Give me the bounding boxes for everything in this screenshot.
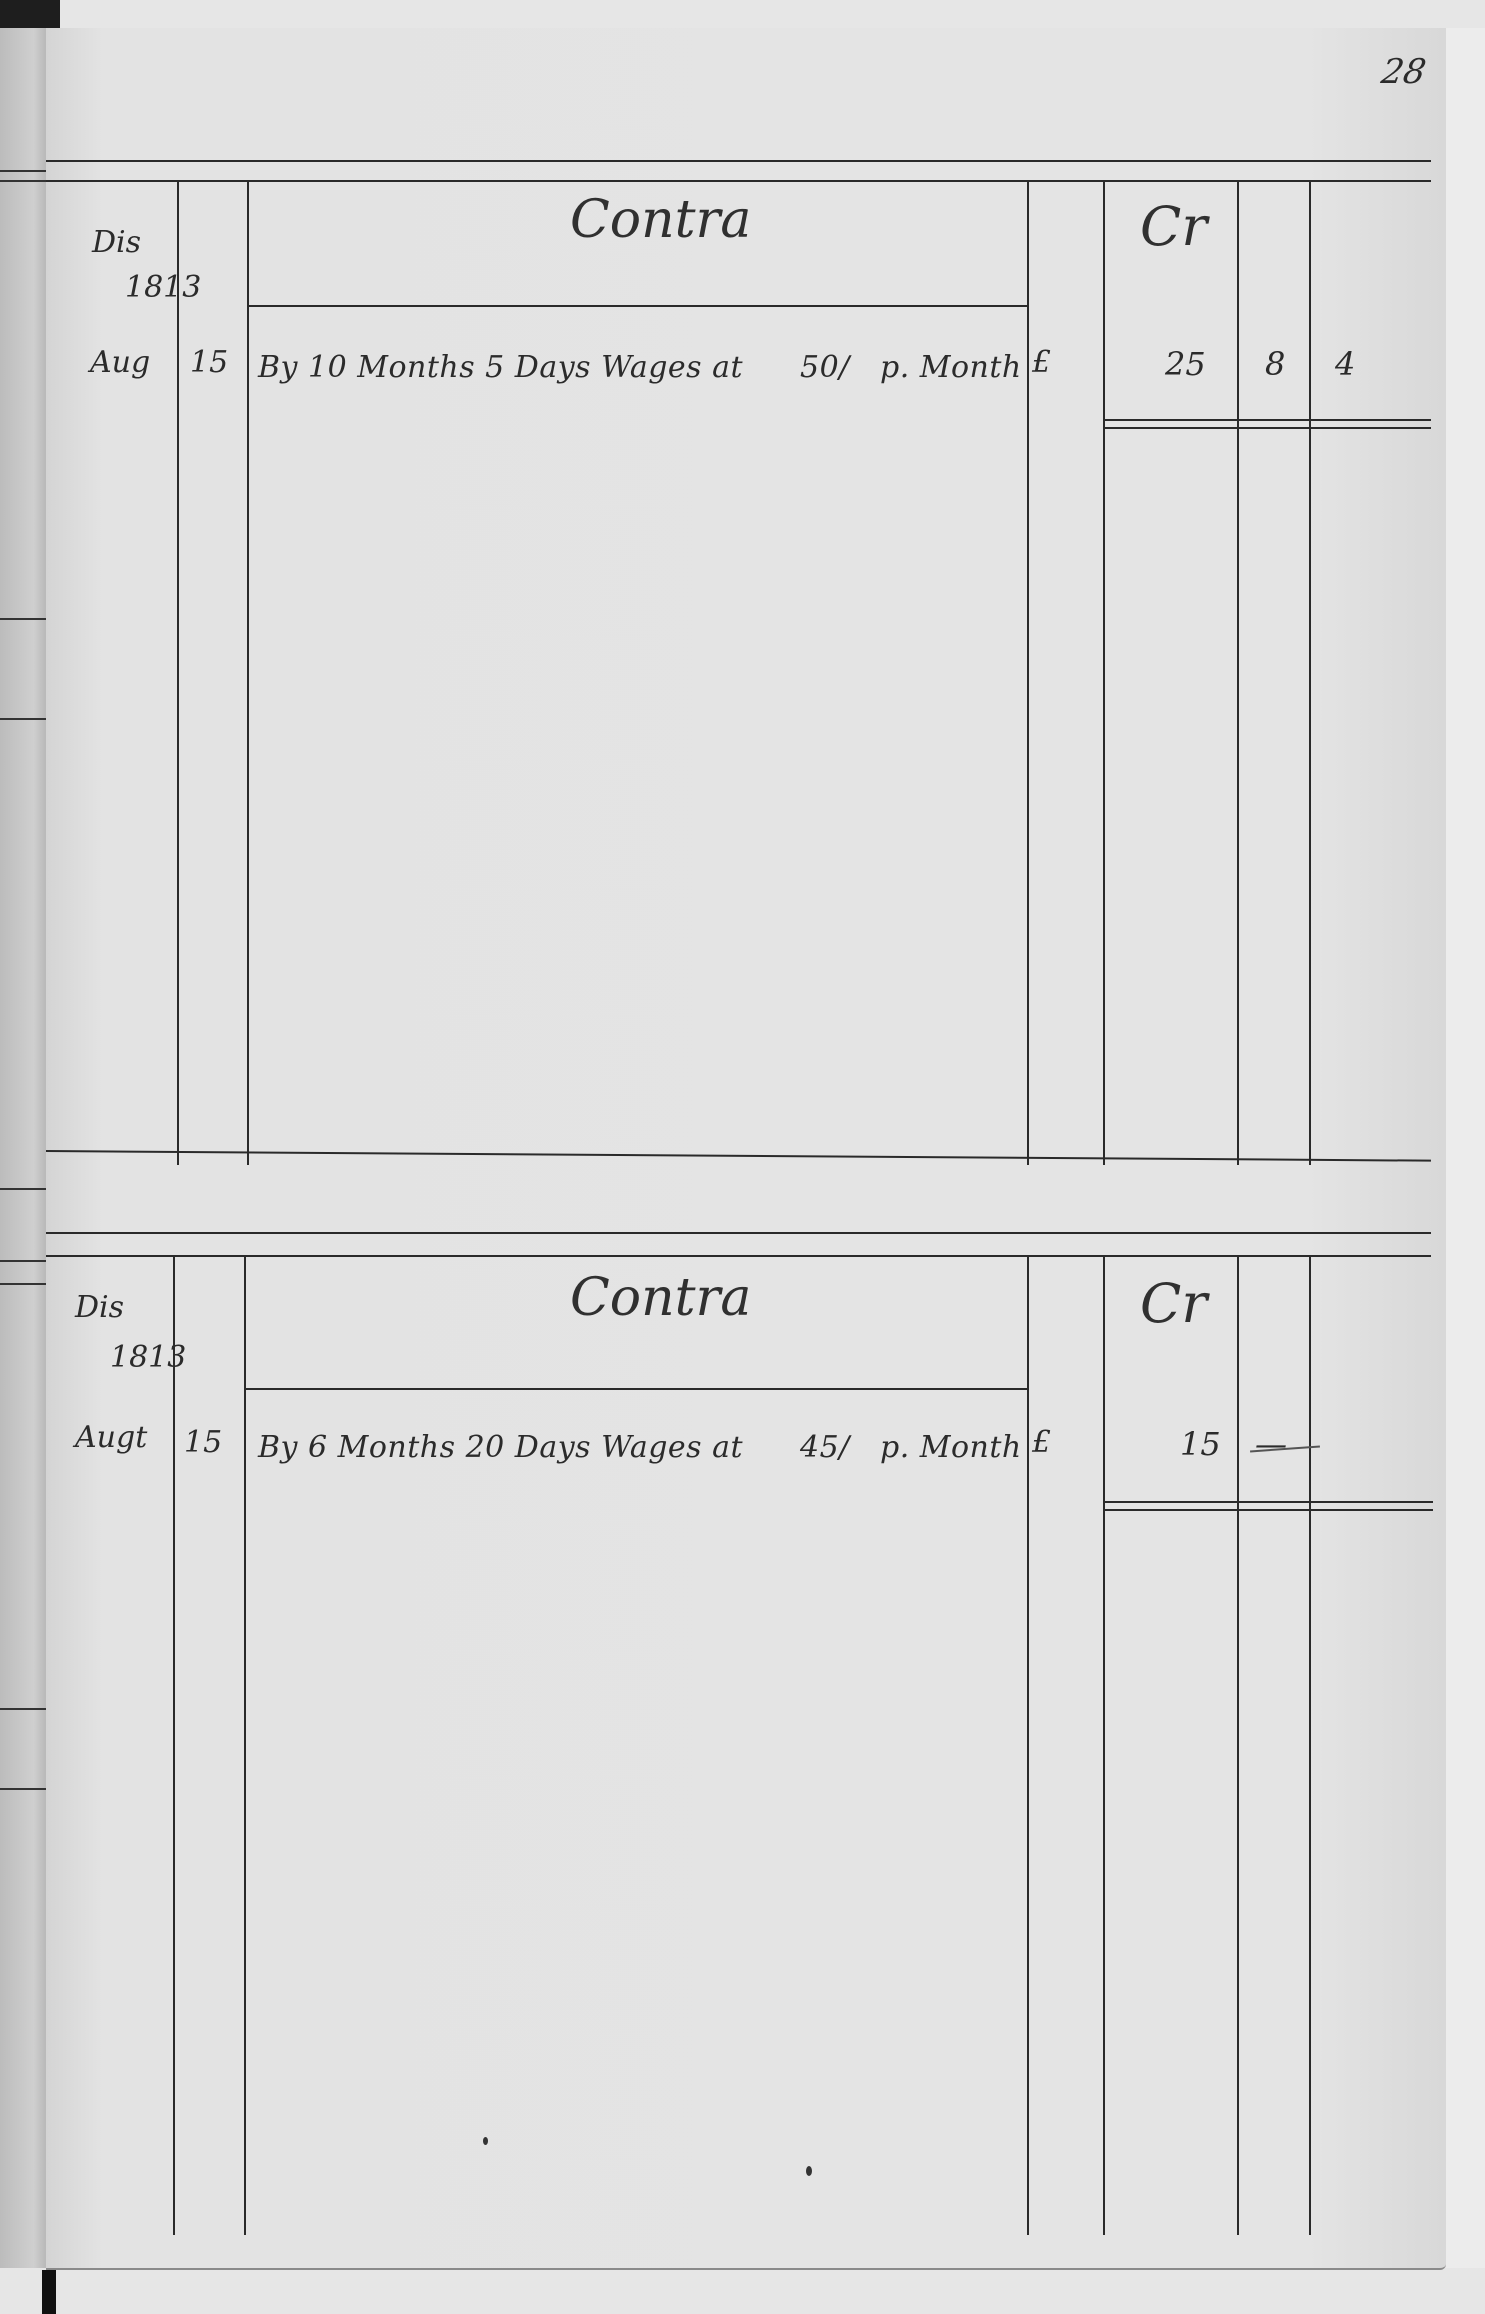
background-beyond-page <box>1446 28 1485 2268</box>
pounds-column-rule <box>1237 180 1239 1165</box>
header-rule-bottom <box>46 180 1431 182</box>
date-header-abbrev: Dis <box>75 1290 124 1325</box>
ruled-line <box>0 180 46 182</box>
description-column-rule <box>1027 1255 1029 2235</box>
shillings-column-rule <box>1309 180 1311 1165</box>
header-rule-bottom <box>46 1255 1431 1257</box>
ruled-line <box>0 1283 46 1285</box>
folio-column-rule <box>1103 1255 1105 2235</box>
date-column-rule <box>173 1255 175 2235</box>
total-rule-bottom <box>1103 1509 1433 1511</box>
entry-rate-unit: p. Month <box>880 1430 1022 1465</box>
section-heading: Contra <box>570 190 751 250</box>
date-header-abbrev: Dis <box>92 225 141 260</box>
description-column-rule <box>1027 180 1029 1165</box>
header-rule-top <box>46 1232 1431 1234</box>
entry-shillings: 8 <box>1265 345 1285 383</box>
page-number: 28 <box>1378 52 1428 92</box>
entry-folio: £ <box>1032 1425 1052 1460</box>
date-header-year: 1813 <box>110 1340 186 1375</box>
credit-label-text: Cr <box>1140 1272 1207 1335</box>
entry-day: 15 <box>184 1425 222 1460</box>
pounds-column-rule <box>1237 1255 1239 2235</box>
ruled-line <box>0 1188 46 1190</box>
entry-day: 15 <box>190 345 228 380</box>
date-header-year: 1813 <box>125 270 201 305</box>
entry-rate: 50/ <box>800 350 850 385</box>
credit-label: Cr <box>1140 1272 1207 1335</box>
ruled-line <box>0 718 46 720</box>
total-rule-bottom <box>1103 427 1431 429</box>
entry-month: Aug <box>90 345 150 380</box>
ruled-line <box>0 618 46 620</box>
ink-spot <box>806 2166 812 2176</box>
entry-pounds: 25 <box>1165 345 1206 383</box>
date-column-rule <box>177 180 179 1165</box>
day-column-rule <box>247 180 249 1165</box>
entry-month: Augt <box>75 1420 147 1455</box>
entry-shillings: — <box>1255 1425 1287 1463</box>
day-column-rule <box>244 1255 246 2235</box>
total-rule-top <box>1103 419 1431 421</box>
folio-column-rule <box>1103 180 1105 1165</box>
binding-strip <box>42 2270 56 2314</box>
entry-folio: £ <box>1032 345 1052 380</box>
heading-underline <box>244 1388 1027 1390</box>
entry-description: By 10 Months 5 Days Wages at <box>258 350 743 385</box>
previous-page-edge <box>0 28 50 2268</box>
ink-spot <box>483 2137 488 2145</box>
ruled-line <box>0 1788 46 1790</box>
ruled-line <box>0 1708 46 1710</box>
credit-label-text: Cr <box>1140 195 1207 258</box>
scan-border <box>0 0 60 30</box>
entry-pounds: 15 <box>1180 1425 1221 1463</box>
header-rule-top <box>46 160 1431 162</box>
entry-rate-unit: p. Month <box>880 350 1022 385</box>
section-heading: Contra <box>570 1268 751 1328</box>
total-rule-top <box>1103 1501 1433 1503</box>
shillings-column-rule <box>1309 1255 1311 2235</box>
ruled-line <box>0 170 46 172</box>
credit-label: Cr <box>1140 195 1207 258</box>
entry-pence: 4 <box>1335 345 1355 383</box>
entry-rate: 45/ <box>800 1430 850 1465</box>
ruled-line <box>0 1260 46 1262</box>
heading-underline <box>247 305 1027 307</box>
ledger-page <box>46 28 1446 2270</box>
entry-description: By 6 Months 20 Days Wages at <box>258 1430 743 1465</box>
